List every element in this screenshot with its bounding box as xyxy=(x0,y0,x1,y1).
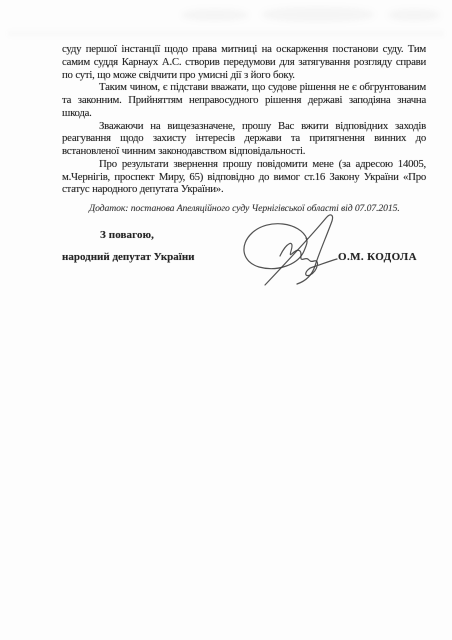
signature-oval-stroke xyxy=(244,224,307,269)
scan-artifact xyxy=(8,31,444,36)
paragraph: Таким чином, є підстави вважати, що судо… xyxy=(62,81,426,119)
scanned-letter-page: суду першої інстанції щодо права митниці… xyxy=(0,0,452,640)
signer-title: народний депутат України xyxy=(62,251,195,263)
scan-artifact xyxy=(182,9,248,21)
paragraph: Зважаючи на вищезазначене, прошу Вас вжи… xyxy=(62,120,426,158)
paragraph-continuation: суду першої інстанції щодо права митниці… xyxy=(62,43,426,81)
scan-artifact xyxy=(388,9,440,21)
paragraph: Про результати звернення прошу повідомит… xyxy=(62,158,426,196)
handwritten-signature xyxy=(234,208,350,294)
scan-artifact xyxy=(262,7,374,22)
